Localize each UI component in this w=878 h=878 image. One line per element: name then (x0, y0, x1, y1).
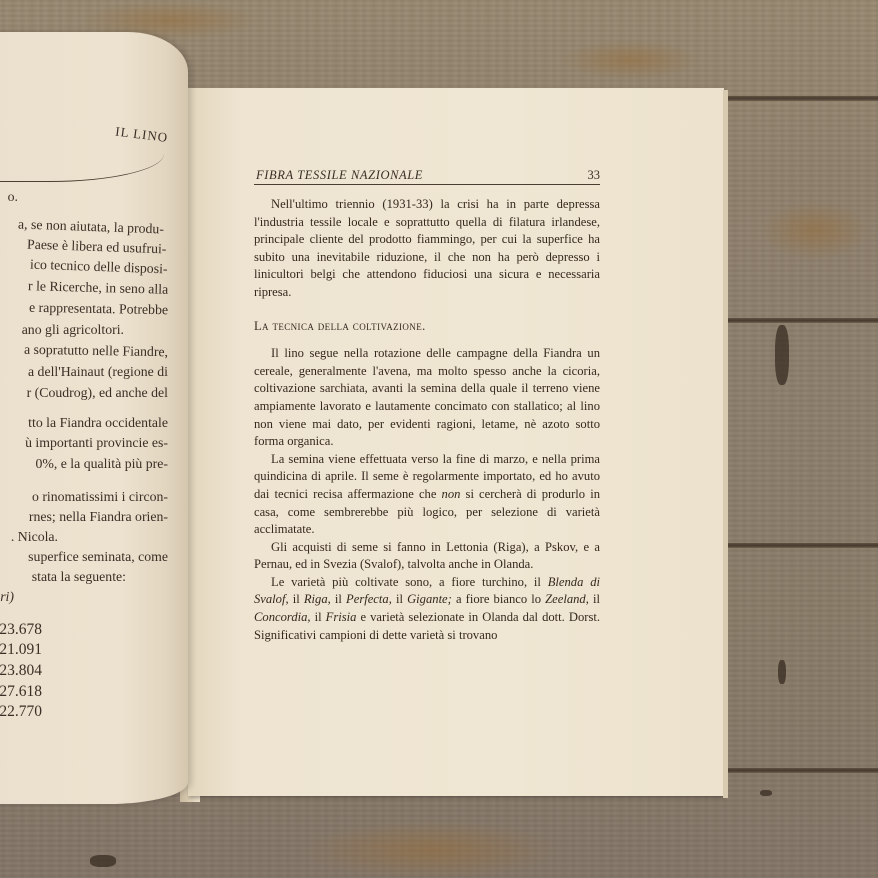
wood-stain (760, 200, 870, 260)
figure-value: 27.618 (0, 683, 42, 701)
paragraph: Nell'ultimo triennio (1931-33) la crisi … (254, 196, 600, 302)
wood-knot (760, 790, 772, 796)
paragraph: La semina viene effettuata verso la fine… (254, 451, 600, 539)
left-page: IL LINO o. a, se non aiutata, la produ- … (0, 32, 188, 804)
text-line: . Nicola. (11, 529, 58, 545)
variety-name: Gigante; (407, 592, 452, 606)
right-page: FIBRA TESSILE NAZIONALE 33 Nell'ultimo t… (188, 88, 724, 796)
text-line: o. (8, 189, 18, 205)
text-line: tto la Fiandra occidentale (28, 415, 168, 431)
wood-stain (300, 820, 560, 878)
wood-plank-seam (720, 318, 878, 323)
text-line: superfice seminata, come (28, 549, 168, 565)
text-run: a fiore bianco lo (452, 592, 545, 606)
header-rule (0, 154, 164, 182)
header-rule (254, 184, 600, 185)
text-line: rnes; nella Fiandra orien- (29, 509, 168, 525)
variety-name: Concordia (254, 610, 307, 624)
wood-plank-seam (720, 543, 878, 548)
text-line: ù importanti provincie es- (25, 435, 168, 451)
figure-value: 23.804 (0, 662, 42, 680)
page-body: Nell'ultimo triennio (1931-33) la crisi … (254, 196, 600, 644)
variety-name: Perfecta (346, 592, 389, 606)
figure-value: 23.678 (0, 621, 42, 639)
text-run: , il (307, 610, 325, 624)
variety-name: Riga (304, 592, 328, 606)
text-line: e rappresentata. Potrebbe (29, 300, 168, 318)
text-line: ri) (0, 589, 14, 605)
text-line: Paese è libera ed usufrui- (26, 237, 166, 258)
page-edge (723, 90, 728, 798)
running-head: IL LINO (114, 124, 169, 146)
text-run: tto la Fiandra occidentale (28, 415, 168, 430)
wood-knot (778, 660, 786, 684)
section-title: La tecnica della coltivazione. (254, 318, 600, 336)
paragraph: Il lino segue nella rotazione delle camp… (254, 345, 600, 451)
emphasis: non (442, 487, 461, 501)
figure-value: 21.091 (0, 641, 42, 659)
wood-plank-seam (720, 768, 878, 773)
text-line: a dell'Hainaut (regione di (28, 364, 168, 380)
text-run: , il (285, 592, 303, 606)
text-line: r le Ricerche, in seno alla (28, 278, 169, 298)
text-line: r (Coudrog), ed anche del (27, 385, 168, 401)
paragraph: Gli acquisti di seme si fanno in Lettoni… (254, 539, 600, 574)
variety-name: Zeeland (545, 592, 586, 606)
text-run: , il (328, 592, 346, 606)
text-line: o rinomatissimi i circon- (32, 489, 168, 505)
text-line: ico tecnico delle disposi- (30, 257, 168, 278)
text-line: stata la seguente: (32, 569, 126, 585)
text-run: , il (389, 592, 407, 606)
wood-knot (90, 855, 116, 867)
text-line: ano gli agricoltori. (22, 322, 124, 338)
text-line: a, se non aiutata, la produ- (18, 216, 164, 237)
paragraph: Le varietà più coltivate sono, a fiore t… (254, 574, 600, 644)
text-line: 0%, e la qualità più pre- (35, 456, 168, 472)
figure-value: 22.770 (0, 703, 42, 721)
variety-name: Frisia (326, 610, 357, 624)
wood-knot (775, 325, 789, 385)
wood-stain (560, 40, 700, 80)
text-run: Le varietà più coltivate sono, a fiore t… (271, 575, 548, 589)
text-run: , il (586, 592, 600, 606)
running-head: FIBRA TESSILE NAZIONALE (256, 168, 601, 183)
page-number: 33 (588, 168, 601, 183)
text-line: a sopratutto nelle Fiandre, (24, 342, 168, 361)
